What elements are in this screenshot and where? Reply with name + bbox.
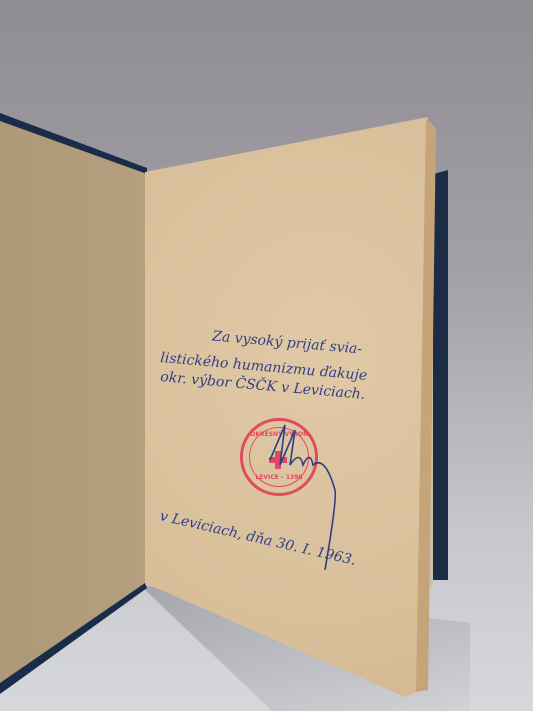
photo-scene: Za vysoký prijať svia- listického humani… xyxy=(0,0,533,711)
